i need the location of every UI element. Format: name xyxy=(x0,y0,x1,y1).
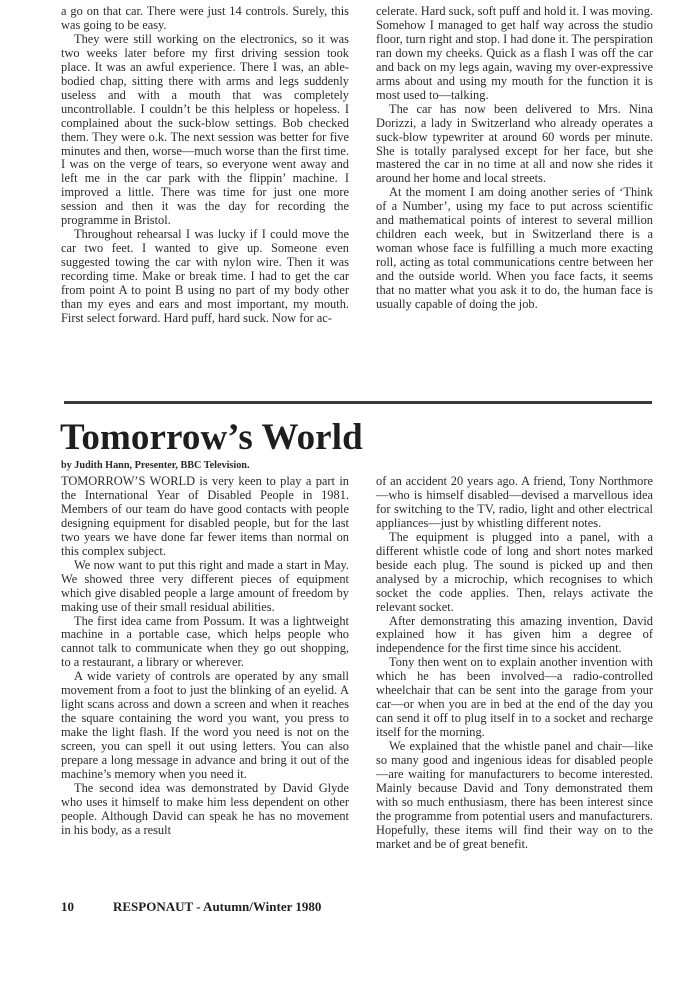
publication-title: RESPONAUT - Autumn/Winter 1980 xyxy=(113,899,321,914)
article-headline: Tomorrow’s World xyxy=(60,418,363,458)
article-byline: by Judith Hann, Presenter, BBC Televisio… xyxy=(61,460,250,472)
page-footer: 10RESPONAUT - Autumn/Winter 1980 xyxy=(61,899,321,915)
previous-article-left-column: a go on that car. There were just 14 con… xyxy=(61,5,349,326)
article-right-column: of an accident 20 years ago. A friend, T… xyxy=(376,475,653,852)
paragraph: The equipment is plugged into a panel, w… xyxy=(376,531,653,615)
paragraph: They were still working on the electroni… xyxy=(61,33,349,228)
paragraph: celerate. Hard suck, soft puff and hold … xyxy=(376,5,653,103)
article-left-column: TOMORROW’S WORLD is very keen to play a … xyxy=(61,475,349,838)
paragraph: Throughout rehearsal I was lucky if I co… xyxy=(61,228,349,326)
paragraph: The second idea was demonstrated by Davi… xyxy=(61,782,349,838)
previous-article-right-column: celerate. Hard suck, soft puff and hold … xyxy=(376,5,653,312)
paragraph: The first idea came from Possum. It was … xyxy=(61,615,349,671)
paragraph: TOMORROW’S WORLD is very keen to play a … xyxy=(61,475,349,559)
section-divider-rule xyxy=(64,401,652,404)
paragraph: of an accident 20 years ago. A friend, T… xyxy=(376,475,653,531)
paragraph: At the moment I am doing another series … xyxy=(376,186,653,312)
paragraph: After demonstrating this amazing inventi… xyxy=(376,615,653,657)
paragraph: a go on that car. There were just 14 con… xyxy=(61,5,349,33)
page-number: 10 xyxy=(61,899,113,915)
paragraph: We now want to put this right and made a… xyxy=(61,559,349,615)
paragraph: A wide variety of controls are operated … xyxy=(61,670,349,782)
paragraph: We explained that the whistle panel and … xyxy=(376,740,653,852)
paragraph: The car has now been delivered to Mrs. N… xyxy=(376,103,653,187)
paragraph: Tony then went on to explain another inv… xyxy=(376,656,653,740)
